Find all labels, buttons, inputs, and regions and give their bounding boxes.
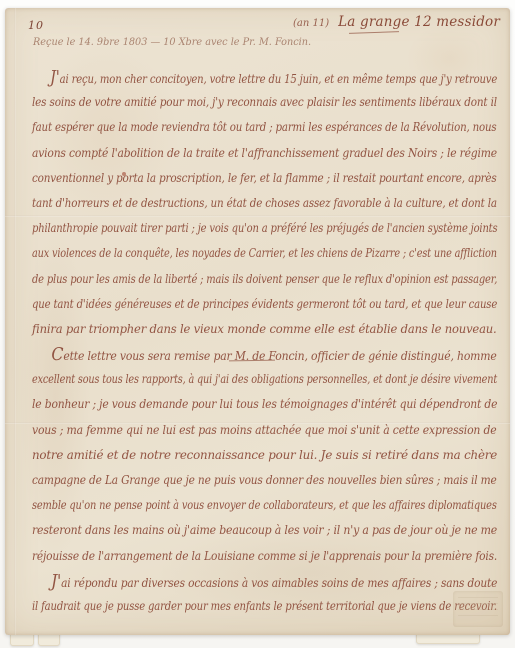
letter-line: de plus pour les amis de la liberté ; ma…: [32, 267, 407, 292]
letter-line: J'ai répondu par diverses occasions à vo…: [32, 569, 433, 594]
letter-line: finira par triompher dans le vieux monde…: [32, 317, 470, 342]
letter-line: faut espérer que la mode reviendra tôt o…: [32, 115, 418, 140]
letter-line: les soins de votre amitié pour moi, j'y …: [32, 90, 427, 115]
dateline: La grange 12 messidor: [338, 14, 500, 30]
ink-spot: [122, 172, 126, 176]
letter-paper: 10 (an 11)La grange 12 messidor Reçue le…: [5, 8, 510, 635]
letter-line: aux violences de la conquête, les noyade…: [32, 241, 400, 266]
letter-line: notre amitié et de notre reconnaissance …: [32, 443, 480, 468]
letter-line: le bonheur ; je vous demande pour lui to…: [32, 392, 439, 417]
embossed-stamp-texture: [458, 597, 498, 621]
letter-line: resteront dans les mains où j'aime beauc…: [32, 518, 444, 543]
letter-line: philanthropie pouvait tirer parti ; je v…: [32, 216, 408, 241]
dateline-block: (an 11)La grange 12 messidor: [293, 11, 500, 30]
photo-background: 10 (an 11)La grange 12 messidor Reçue le…: [0, 0, 515, 648]
letter-line: Cette lettre vous sera remise par M. de …: [32, 342, 442, 367]
letter-line: il faudrait que je pusse garder pour mes…: [32, 594, 412, 619]
docket-note: Reçue le 14. 9bre 1803 — 10 Xbre avec le…: [33, 37, 302, 48]
embossed-stamp: [453, 591, 503, 627]
letter-line: que tant d'idées généreuses et de princi…: [32, 292, 414, 317]
letter-line: campagne de La Grange que je ne puis vou…: [32, 468, 432, 493]
letter-line: tant d'horreurs et de destructions, un é…: [32, 191, 424, 216]
letter-line: semble qu'on ne pense point à vous envoy…: [32, 493, 404, 518]
letter-line: J'ai reçu, mon cher concitoyen, votre le…: [32, 65, 413, 90]
fold-crease-left: [14, 8, 16, 635]
letter-line: conventionnel y porta la proscription, l…: [32, 166, 426, 191]
page-number: 10: [28, 19, 44, 32]
letter-line: vous ; ma femme qui ne lui est pas moins…: [32, 418, 442, 443]
letter-line: réjouisse de l'arrangement de la Louisia…: [32, 544, 434, 569]
letter-body: J'ai reçu, mon cher concitoyen, votre le…: [32, 65, 497, 619]
letter-line: avions compté l'abolition de la traite e…: [32, 141, 438, 166]
date-annotation: (an 11): [293, 18, 329, 29]
underline-grange: [349, 31, 399, 34]
letter-line: excellent sous tous les rapports, à qui …: [32, 367, 398, 392]
